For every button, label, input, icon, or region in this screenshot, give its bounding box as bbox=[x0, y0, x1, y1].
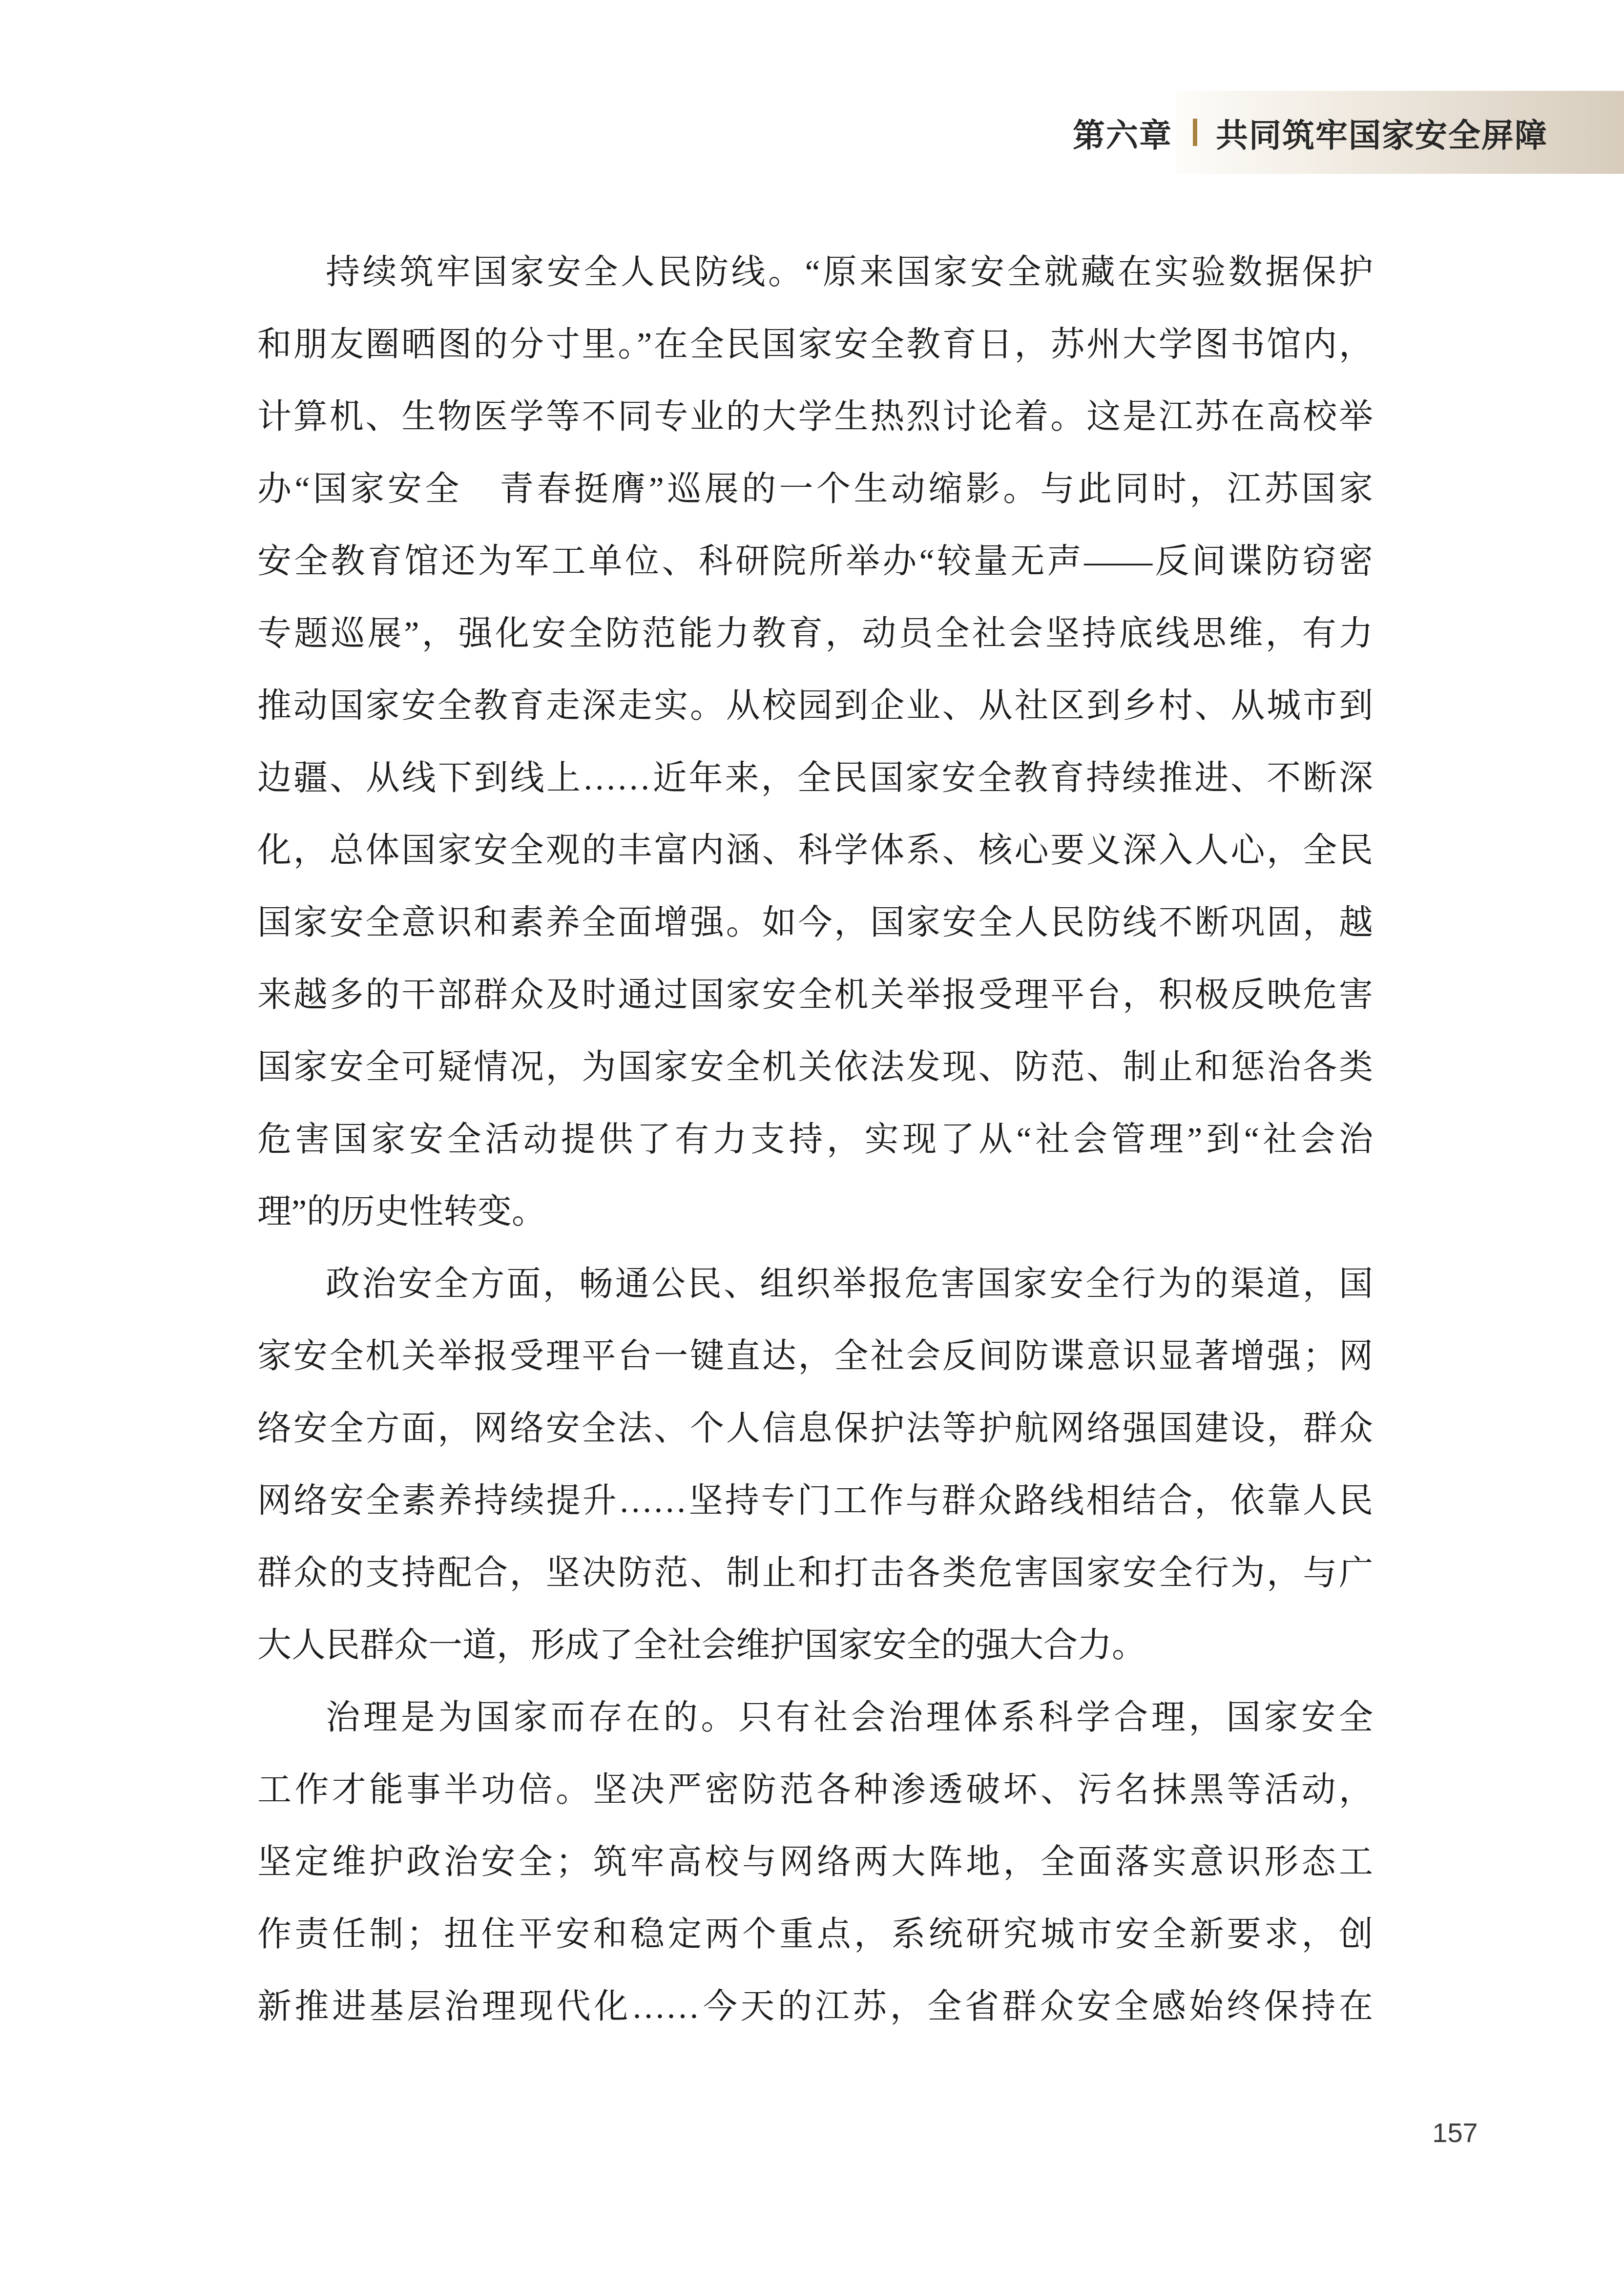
page-number: 157 bbox=[1411, 2118, 1499, 2147]
text-line: 计算机、生物医学等不同专业的大学生热烈讨论着。这是江苏在高校举 bbox=[257, 381, 1373, 454]
text-line: 化，总体国家安全观的丰富内涵、科学体系、核心要义深入人心，全民 bbox=[257, 815, 1373, 887]
text-line: 作责任制；扭住平安和稳定两个重点，系统研究城市安全新要求，创 bbox=[257, 1899, 1373, 1971]
text-line: 国家安全意识和素养全面增强。如今，国家安全人民防线不断巩固，越 bbox=[257, 887, 1373, 959]
text-line: 持续筑牢国家安全人民防线。“原来国家安全就藏在实验数据保护 bbox=[257, 237, 1373, 309]
body-text-column: 持续筑牢国家安全人民防线。“原来国家安全就藏在实验数据保护和朋友圈晒图的分寸里。… bbox=[257, 237, 1373, 2043]
text-line: 网络安全素养持续提升……坚持专门工作与群众路线相结合，依靠人民 bbox=[257, 1465, 1373, 1538]
text-line: 工作才能事半功倍。坚决严密防范各种渗透破坏、污名抹黑等活动， bbox=[257, 1754, 1373, 1827]
book-page: { "header": { "chapter_label": "第六章", "c… bbox=[0, 0, 1624, 2270]
text-line: 推动国家安全教育走深走实。从校园到企业、从社区到乡村、从城市到 bbox=[257, 670, 1373, 743]
text-line: 坚定维护政治安全；筑牢高校与网络两大阵地，全面落实意识形态工 bbox=[257, 1827, 1373, 1899]
text-line: 安全教育馆还为军工单位、科研院所举办“较量无声——反间谍防窃密 bbox=[257, 526, 1373, 598]
text-line: 大人民群众一道，形成了全社会维护国家安全的强大合力。 bbox=[257, 1610, 1373, 1682]
text-line: 络安全方面，网络安全法、个人信息保护法等护航网络强国建设，群众 bbox=[257, 1393, 1373, 1465]
text-line: 危害国家安全活动提供了有力支持，实现了从“社会管理”到“社会治 bbox=[257, 1104, 1373, 1176]
header-divider-rule bbox=[1193, 119, 1197, 146]
chapter-header: 第六章 共同筑牢国家安全屏障 bbox=[1073, 91, 1548, 174]
chapter-number-label: 第六章 bbox=[1073, 109, 1172, 156]
text-line: 边疆、从线下到线上……近年来，全民国家安全教育持续推进、不断深 bbox=[257, 743, 1373, 815]
text-line: 国家安全可疑情况，为国家安全机关依法发现、防范、制止和惩治各类 bbox=[257, 1032, 1373, 1104]
text-line: 来越多的干部群众及时通过国家安全机关举报受理平台，积极反映危害 bbox=[257, 959, 1373, 1032]
text-line: 政治安全方面，畅通公民、组织举报危害国家安全行为的渠道，国 bbox=[257, 1249, 1373, 1321]
chapter-title: 共同筑牢国家安全屏障 bbox=[1216, 109, 1548, 156]
text-line: 理”的历史性转变。 bbox=[257, 1176, 1373, 1249]
text-line: 专题巡展”，强化安全防范能力教育，动员全社会坚持底线思维，有力 bbox=[257, 598, 1373, 670]
text-line: 办“国家安全 青春挺膺”巡展的一个生动缩影。与此同时，江苏国家 bbox=[257, 454, 1373, 526]
text-line: 新推进基层治理现代化……今天的江苏，全省群众安全感始终保持在 bbox=[257, 1971, 1373, 2043]
text-line: 群众的支持配合，坚决防范、制止和打击各类危害国家安全行为，与广 bbox=[257, 1538, 1373, 1610]
text-line: 和朋友圈晒图的分寸里。”在全民国家安全教育日，苏州大学图书馆内， bbox=[257, 309, 1373, 381]
text-line: 家安全机关举报受理平台一键直达，全社会反间防谍意识显著增强；网 bbox=[257, 1321, 1373, 1393]
text-line: 治理是为国家而存在的。只有社会治理体系科学合理，国家安全 bbox=[257, 1682, 1373, 1754]
